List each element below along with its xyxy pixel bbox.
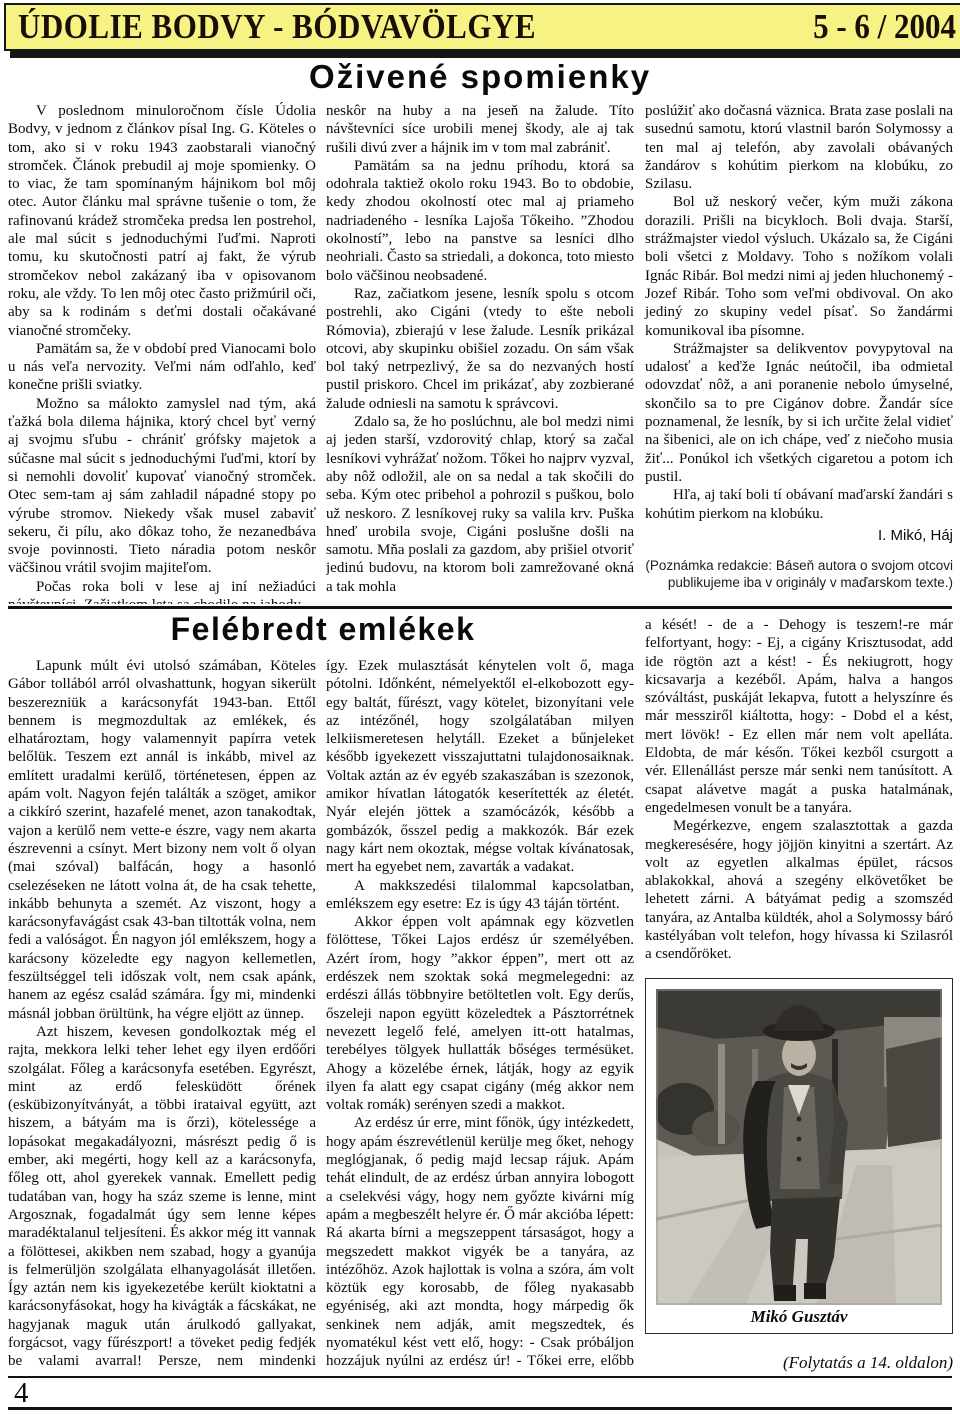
headline-hungarian-article: Felébredt emlékek [8,611,638,648]
paragraph: Lapunk múlt évi utolsó számában, Köteles… [8,657,316,1023]
editor-note: (Poznámka redakcie: Báseň autora o svojo… [645,557,953,591]
paragraph: V poslednom minuloročnom čísle Údolia Bo… [8,102,316,340]
paragraph: poslúžiť ako dočasná väznica. Brata zase… [645,102,953,193]
paragraph: Bol už neskorý večer, kým muži zákona do… [645,193,953,339]
paragraph: Strážmajster sa delikventov povypytoval … [645,340,953,486]
footer-line-bottom [8,1407,952,1410]
hungarian-column-2: így. Ezek mulasztását kénytelen volt ő, … [326,657,634,1371]
paragraph: így. Ezek mulasztását kénytelen volt ő, … [326,657,634,877]
section-divider-line [8,606,952,609]
paragraph: A makkszedési tilalommal kapcsolatban, e… [326,877,634,914]
hungarian-column-3: a kését! - de a - Dehogy is teszem!-re m… [645,616,953,1372]
masthead-title: ÚDOLIE BODVY - BÓDVAVÖLGYE [18,7,536,47]
headline-slovak-article: Oživené spomienky [0,58,960,97]
hungarian-column-3-text: a kését! - de a - Dehogy is teszem!-re m… [645,616,953,964]
slovak-column-3-text: poslúžiť ako dočasná väznica. Brata zase… [645,102,953,523]
paragraph: Azt hiszem, kevesen gondolkoztak még el … [8,1023,316,1371]
paragraph: Pamätám sa, že v období pred Vianocami b… [8,340,316,395]
hungarian-column-1: Lapunk múlt évi utolsó számában, Köteles… [8,657,316,1371]
paragraph: Hľa, aj takí boli tí obávaní maďarskí ža… [645,486,953,523]
paragraph: Megérkezve, engem szalasztottak a gazda … [645,817,953,963]
masthead-banner: ÚDOLIE BODVY - BÓDVAVÖLGYE 5 - 6 / 2004 [4,3,960,51]
paragraph: Raz, začiatkom jesene, lesník spolu s ot… [326,285,634,413]
page-number: 4 [14,1377,29,1410]
photo-miko-gusztav [656,989,942,1305]
continuation-note: (Folytatás a 14. oldalon) [645,1354,953,1372]
paragraph: a kését! - de a - Dehogy is teszem!-re m… [645,616,953,817]
newspaper-page: ÚDOLIE BODVY - BÓDVAVÖLGYE 5 - 6 / 2004 … [0,0,960,1415]
photo-frame: Mikó Gusztáv [645,978,953,1334]
footer-line-top [8,1376,952,1378]
paragraph: Počas roka boli v lese aj iní nežiadúci … [8,578,316,604]
masthead-issue: 5 - 6 / 2004 [813,7,956,47]
slovak-column-1: V poslednom minuloročnom čísle Údolia Bo… [8,102,316,604]
slovak-column-3: poslúžiť ako dočasná väznica. Brata zase… [645,102,953,591]
byline: I. Mikó, Háj [645,527,953,545]
paragraph: Pamätám sa na jednu príhodu, ktorá sa od… [326,157,634,285]
paragraph: neskôr na huby a na jeseň na žalude. Tít… [326,102,634,157]
paragraph: Možno sa málokto zamyslel nad tým, aká ť… [8,395,316,578]
photo-caption: Mikó Gusztáv [656,1305,942,1328]
slovak-column-2: neskôr na huby a na jeseň na žalude. Tít… [326,102,634,604]
paragraph: Zdalo sa, že ho poslúchnu, ale bol medzi… [326,413,634,596]
paragraph: Az erdész úr erre, mint főnök, úgy intéz… [326,1114,634,1371]
paragraph: Akkor éppen volt apámnak egy közvetlen f… [326,913,634,1114]
